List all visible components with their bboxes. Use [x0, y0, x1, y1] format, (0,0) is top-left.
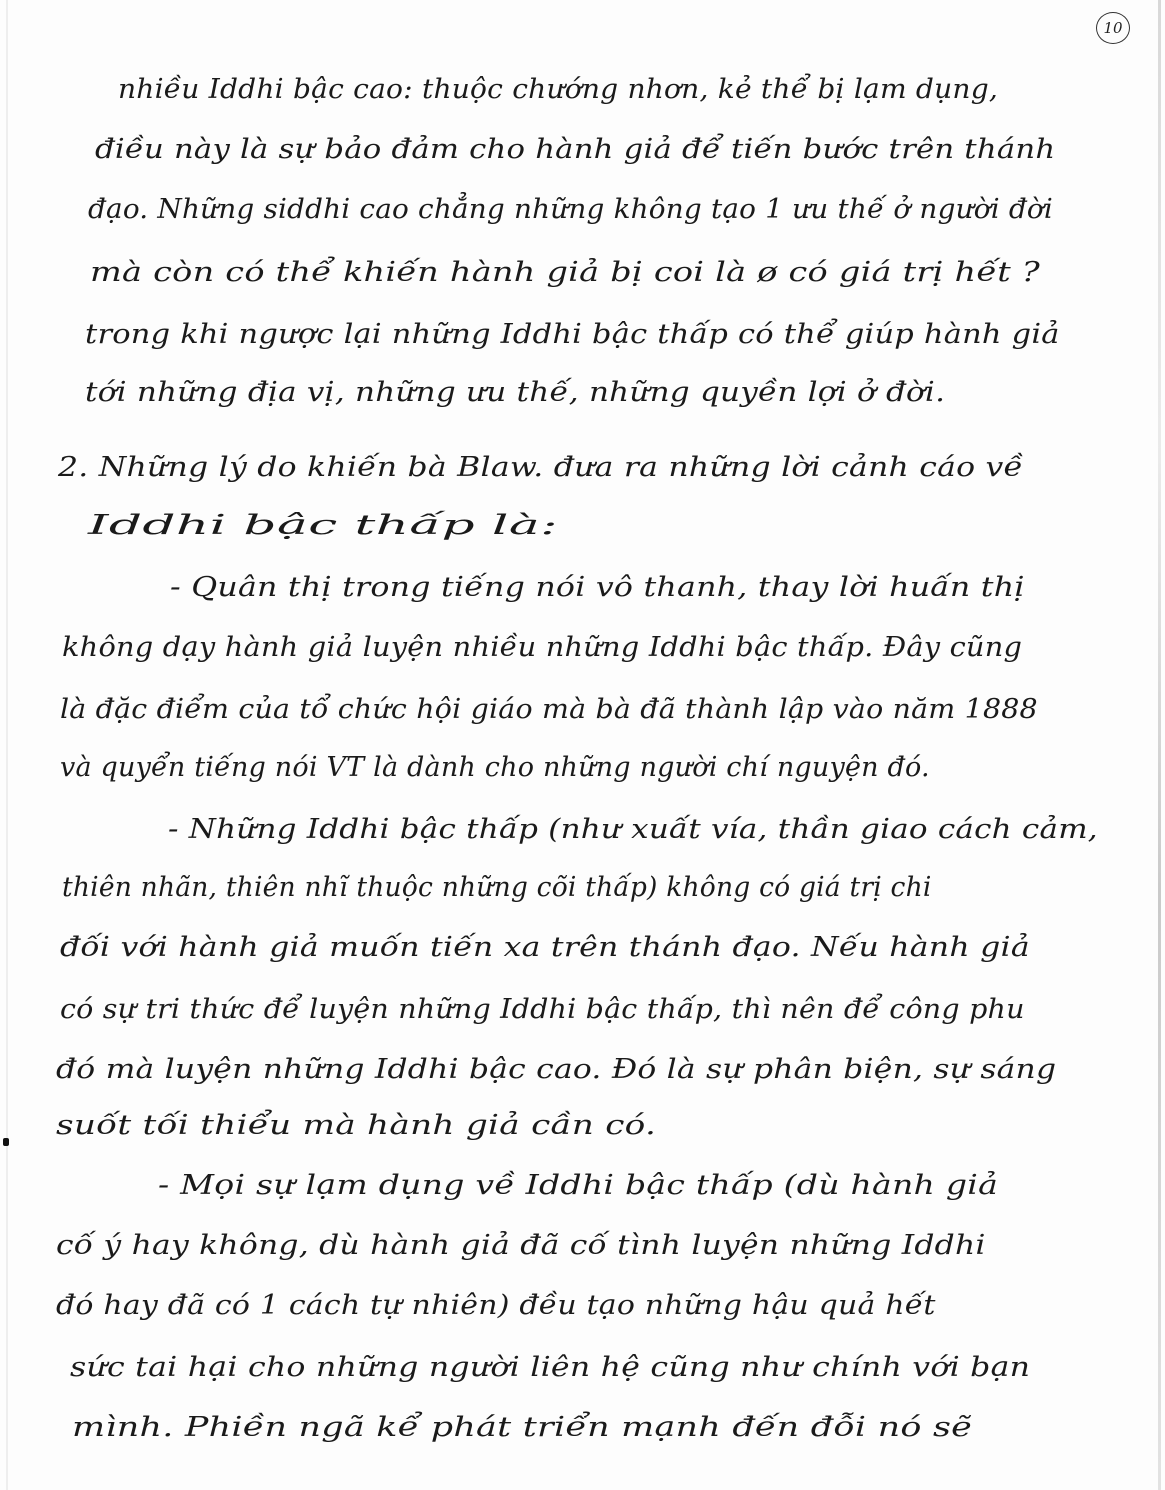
handwritten-line: nhiều Iddhi bậc cao: thuộc chướng nhơn, … [118, 74, 998, 105]
handwritten-line: - Quân thị trong tiếng nói vô thanh, tha… [170, 572, 1025, 603]
handwritten-line: sức tai hại cho những người liên hệ cũng… [70, 1352, 1030, 1383]
handwritten-line: Iddhi bậc thấp là: [88, 510, 558, 541]
margin-ink-mark [3, 1138, 9, 1146]
handwritten-line: - Mọi sự lạm dụng về Iddhi bậc thấp (dù … [158, 1170, 998, 1201]
handwritten-line: và quyển tiếng nói VT là dành cho những … [60, 752, 930, 783]
handwritten-line: đối với hành giả muốn tiến xa trên thánh… [60, 932, 1030, 963]
scan-edge-left [6, 0, 8, 1490]
handwritten-line: suốt tối thiểu mà hành giả cần có. [56, 1110, 656, 1141]
handwritten-line: trong khi ngược lại những Iddhi bậc thấp… [85, 319, 1060, 350]
handwritten-line: mình. Phiền ngã kể phát triển mạnh đến đ… [72, 1412, 972, 1443]
handwritten-line: có sự tri thức để luyện những Iddhi bậc … [60, 994, 1025, 1025]
handwritten-line: tới những địa vị, những ưu thế, những qu… [85, 377, 945, 408]
handwritten-line: không dạy hành giả luyện nhiều những Idd… [62, 632, 1022, 663]
handwritten-line: điều này là sự bảo đảm cho hành giả để t… [95, 134, 1055, 165]
handwritten-line: là đặc điểm của tổ chức hội giáo mà bà đ… [60, 694, 1038, 725]
handwritten-line: thiên nhãn, thiên nhĩ thuộc những cõi th… [62, 872, 932, 903]
handwritten-line: mà còn có thể khiến hành giả bị coi là ø… [90, 257, 1040, 288]
handwritten-line: đạo. Những siddhi cao chẳng những không … [88, 194, 1053, 225]
page-number: 10 [1096, 12, 1130, 44]
document-page: 10 nhiều Iddhi bậc cao: thuộc chướng nhơ… [0, 0, 1165, 1490]
handwritten-line: - Những Iddhi bậc thấp (như xuất vía, th… [168, 814, 1098, 845]
handwritten-line: đó hay đã có 1 cách tự nhiên) đều tạo nh… [56, 1290, 936, 1321]
handwritten-line: 2. Những lý do khiến bà Blaw. đưa ra nhữ… [58, 452, 1023, 483]
handwritten-line: đó mà luyện những Iddhi bậc cao. Đó là s… [56, 1054, 1056, 1085]
scan-edge-right [1158, 0, 1161, 1490]
handwritten-line: cố ý hay không, dù hành giả đã cố tình l… [56, 1230, 986, 1261]
